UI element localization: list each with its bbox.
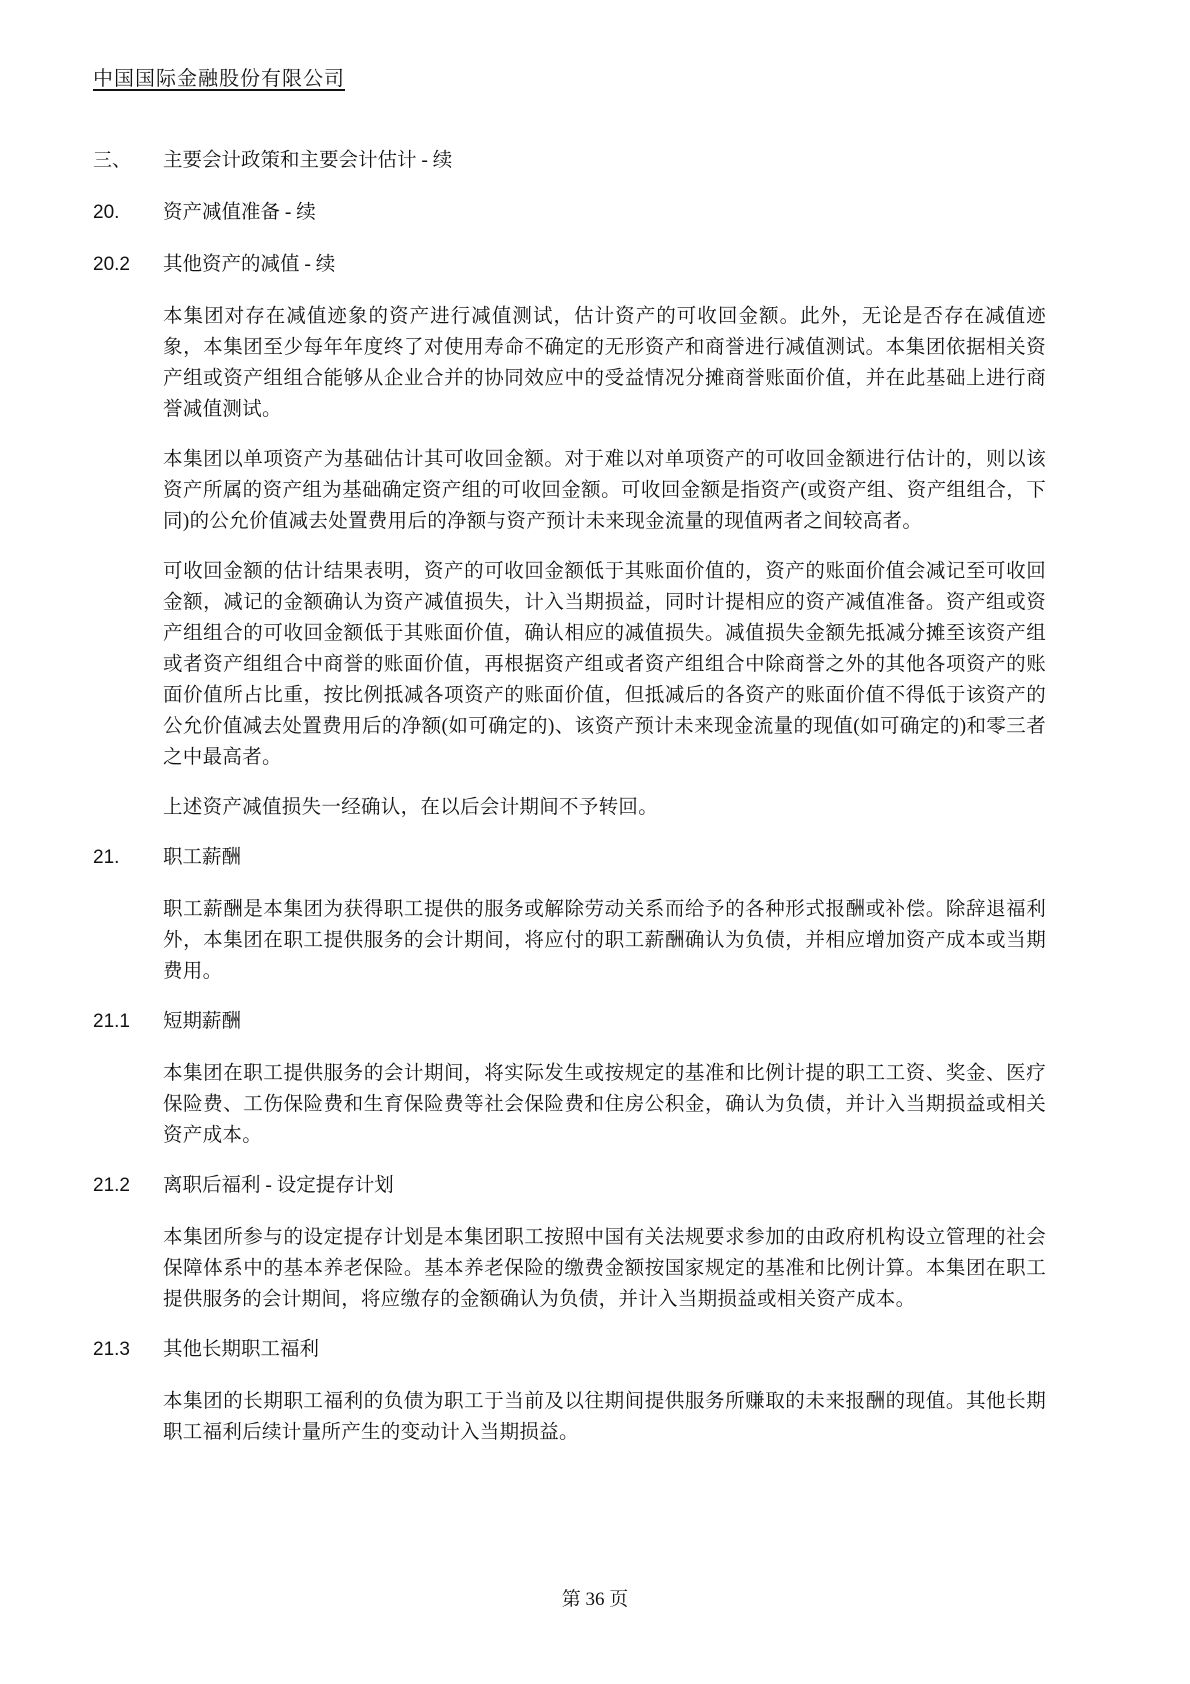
section-heading-20: 20. 资产减值准备 - 续: [93, 197, 1046, 228]
section-title: 职工薪酬: [163, 842, 1046, 873]
paragraph: 可收回金额的估计结果表明，资产的可收回金额低于其账面价值的，资产的账面价值会减记…: [163, 556, 1046, 773]
section-number: 20.: [93, 197, 163, 228]
page-number-footer: 第 36 页: [0, 1586, 1190, 1614]
section-number: 21.3: [93, 1334, 163, 1365]
section-number: 21.1: [93, 1006, 163, 1037]
section-title: 资产减值准备 - 续: [163, 197, 1046, 228]
section-title: 其他资产的减值 - 续: [163, 249, 1046, 280]
section-heading-21-2: 21.2 离职后福利 - 设定提存计划: [93, 1170, 1046, 1201]
section-number: 21.2: [93, 1170, 163, 1201]
section-title: 主要会计政策和主要会计估计 - 续: [163, 145, 1046, 176]
section-number: 20.2: [93, 249, 163, 280]
document-page: 中国国际金融股份有限公司 三、 主要会计政策和主要会计估计 - 续 20. 资产…: [0, 0, 1190, 1684]
section-number: 三、: [93, 145, 163, 176]
section-heading-21-3: 21.3 其他长期职工福利: [93, 1334, 1046, 1365]
paragraph: 本集团对存在减值迹象的资产进行减值测试，估计资产的可收回金额。此外，无论是否存在…: [163, 301, 1046, 425]
paragraph: 本集团以单项资产为基础估计其可收回金额。对于难以对单项资产的可收回金额进行估计的…: [163, 444, 1046, 537]
section-heading-21: 21. 职工薪酬: [93, 842, 1046, 873]
paragraph: 上述资产减值损失一经确认，在以后会计期间不予转回。: [163, 792, 1046, 823]
company-name-header: 中国国际金融股份有限公司: [93, 64, 345, 95]
paragraph: 本集团的长期职工福利的负债为职工于当前及以往期间提供服务所赚取的未来报酬的现值。…: [163, 1386, 1046, 1448]
paragraph: 本集团所参与的设定提存计划是本集团职工按照中国有关法规要求参加的由政府机构设立管…: [163, 1222, 1046, 1315]
section-heading-21-1: 21.1 短期薪酬: [93, 1006, 1046, 1037]
section-heading-main: 三、 主要会计政策和主要会计估计 - 续: [93, 145, 1046, 176]
section-title: 短期薪酬: [163, 1006, 1046, 1037]
section-number: 21.: [93, 842, 163, 873]
paragraph: 职工薪酬是本集团为获得职工提供的服务或解除劳动关系而给予的各种形式报酬或补偿。除…: [163, 894, 1046, 987]
section-title: 离职后福利 - 设定提存计划: [163, 1170, 1046, 1201]
paragraph: 本集团在职工提供服务的会计期间，将实际发生或按规定的基准和比例计提的职工工资、奖…: [163, 1058, 1046, 1151]
section-heading-20-2: 20.2 其他资产的减值 - 续: [93, 249, 1046, 280]
section-title: 其他长期职工福利: [163, 1334, 1046, 1365]
